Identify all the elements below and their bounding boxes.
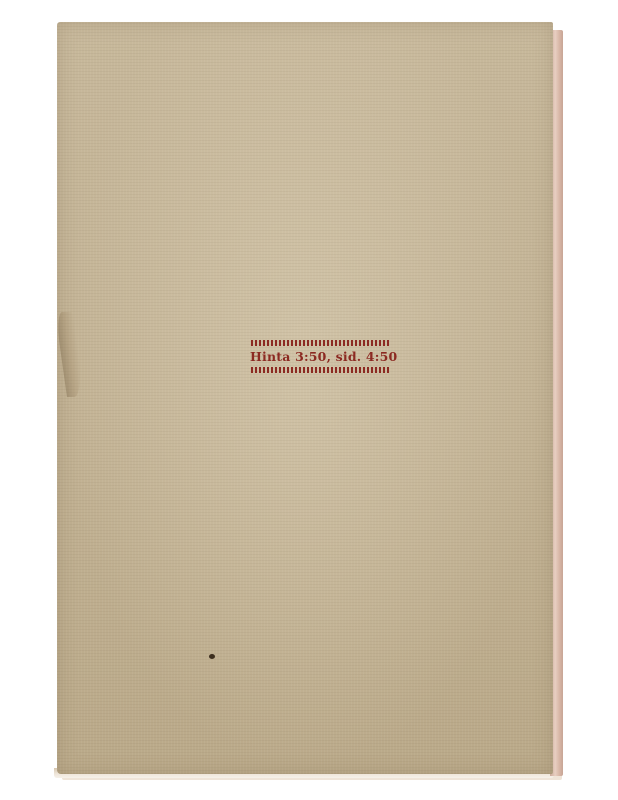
price-text: Hinta 3:50, sid. 4:50: [250, 349, 390, 365]
photo-stage: Hinta 3:50, sid. 4:50: [0, 0, 618, 800]
price-label: Hinta 3:50, sid. 4:50: [250, 340, 390, 373]
ink-spot: [209, 654, 215, 659]
book-back-cover: Hinta 3:50, sid. 4:50: [57, 22, 553, 774]
cover-crease: [55, 312, 85, 397]
decorative-rule-top: [251, 340, 389, 346]
decorative-rule-bottom: [251, 367, 389, 373]
